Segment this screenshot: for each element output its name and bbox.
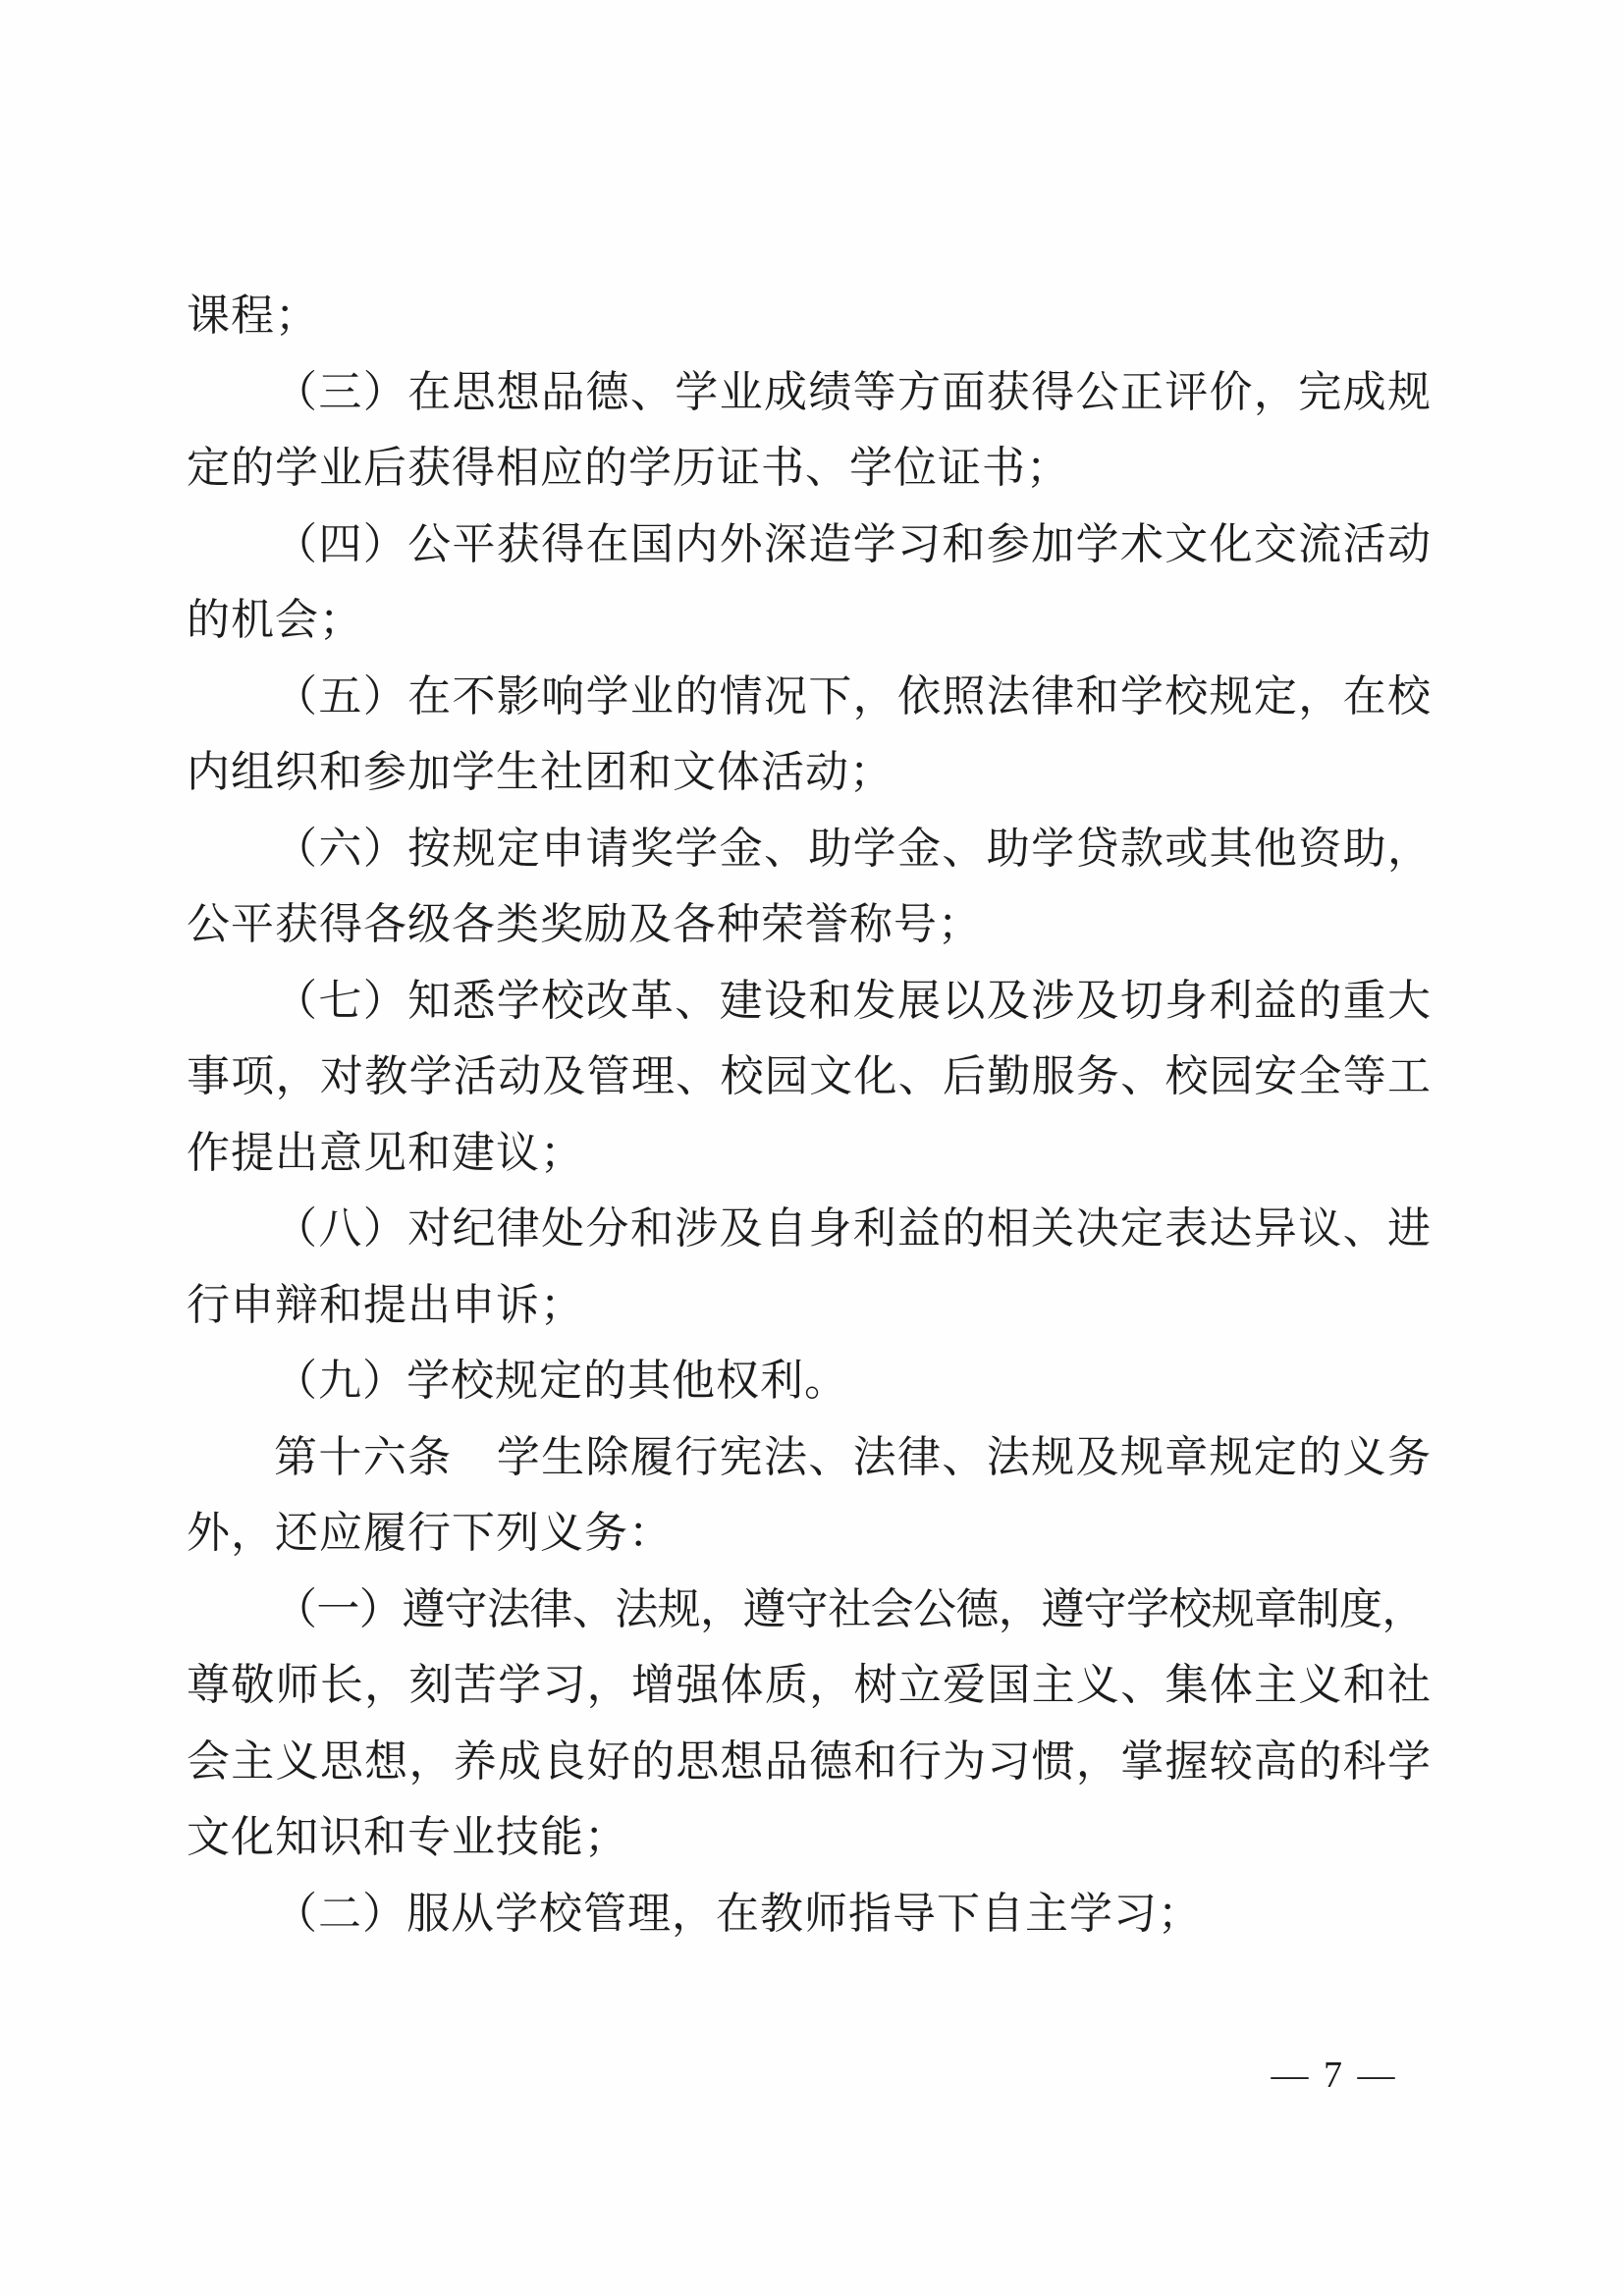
document-body: 课程；（三）在思想品德、学业成绩等方面获得公正评价，完成规定的学业后获得相应的学… (187, 278, 1432, 1951)
text-line: （二）服从学校管理，在教师指导下自主学习； (187, 1876, 1432, 1952)
text-line: 文化知识和专业技能； (187, 1799, 1432, 1876)
text-line: （四）公平获得在国内外深造学习和参加学术文化交流活动 (187, 507, 1432, 583)
text-line: （八）对纪律处分和涉及自身利益的相关决定表达异议、进 (187, 1191, 1432, 1267)
document-page: 课程；（三）在思想品德、学业成绩等方面获得公正评价，完成规定的学业后获得相应的学… (0, 0, 1624, 2296)
text-line: 内组织和参加学生社团和文体活动； (187, 734, 1432, 811)
page-number: — 7 — (1272, 2055, 1398, 2096)
text-line: 事项，对教学活动及管理、校园文化、后勤服务、校园安全等工 (187, 1039, 1432, 1115)
text-line: 课程； (187, 278, 1432, 354)
text-line: （六）按规定申请奖学金、助学金、助学贷款或其他资助， (187, 811, 1432, 887)
text-line: 外，还应履行下列义务： (187, 1495, 1432, 1572)
text-line: （九）学校规定的其他权利。 (187, 1343, 1432, 1419)
text-line: 定的学业后获得相应的学历证书、学位证书； (187, 430, 1432, 507)
text-line: 的机会； (187, 582, 1432, 659)
text-line: 行申辩和提出申诉； (187, 1267, 1432, 1344)
text-line: （一）遵守法律、法规，遵守社会公德，遵守学校规章制度， (187, 1572, 1432, 1648)
text-line: 公平获得各级各类奖励及各种荣誉称号； (187, 886, 1432, 963)
text-line: 会主义思想，养成良好的思想品德和行为习惯，掌握较高的科学 (187, 1724, 1432, 1800)
text-line: （三）在思想品德、学业成绩等方面获得公正评价，完成规 (187, 354, 1432, 431)
page-footer: — 7 — (1251, 2056, 1418, 2095)
text-line: （七）知悉学校改革、建设和发展以及涉及切身利益的重大 (187, 963, 1432, 1040)
text-line: 作提出意见和建议； (187, 1115, 1432, 1192)
text-line: （五）在不影响学业的情况下，依照法律和学校规定，在校 (187, 659, 1432, 735)
text-line: 尊敬师长，刻苦学习，增强体质，树立爱国主义、集体主义和社 (187, 1647, 1432, 1724)
text-line: 第十六条 学生除履行宪法、法律、法规及规章规定的义务 (187, 1419, 1432, 1496)
